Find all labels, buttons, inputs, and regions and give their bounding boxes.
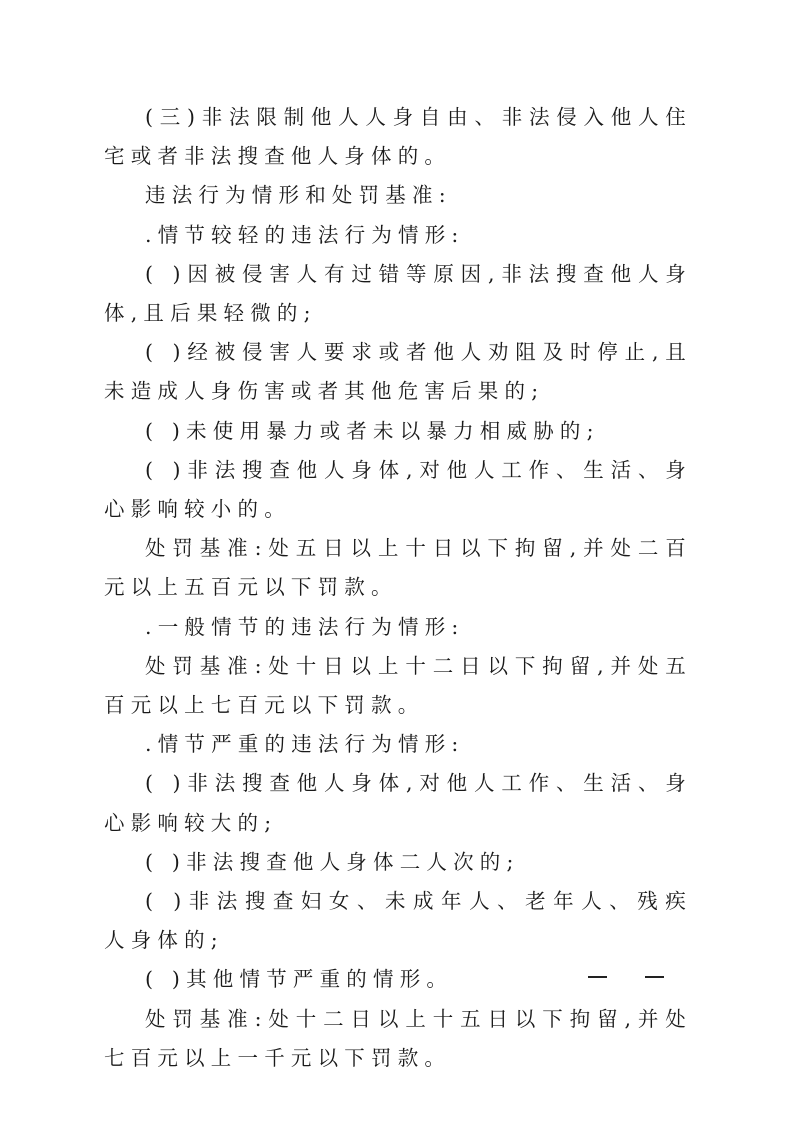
minor-penalty-standard: 处罚基准:处五日以上十日以下拘留,并处二百元以上五百元以下罚款。 xyxy=(104,529,692,607)
serious-circumstance-1: ( )非法搜查他人身体,对他人工作、生活、身心影响较大的; xyxy=(104,764,692,842)
page-footer xyxy=(588,968,668,988)
minor-circumstance-2: ( )经被侵害人要求或者他人劝阻及时停止,且未造成人身伤害或者其他危害后果的; xyxy=(104,333,692,411)
paragraph-item-3-heading: (三)非法限制他人人身自由、非法侵入他人住宅或者非法搜查他人身体的。 xyxy=(104,98,692,176)
serious-circumstance-3: ( )非法搜查妇女、未成年人、老年人、残疾人身体的; xyxy=(104,882,692,960)
document-page: (三)非法限制他人人身自由、非法侵入他人住宅或者非法搜查他人身体的。 违法行为情… xyxy=(104,98,692,1078)
minor-circumstance-4: ( )非法搜查他人身体,对他人工作、生活、身心影响较小的。 xyxy=(104,451,692,529)
serious-penalty-standard: 处罚基准:处十二日以上十五日以下拘留,并处七百元以上一千元以下罚款。 xyxy=(104,1000,692,1078)
subheading-serious-circumstances: .情节严重的违法行为情形: xyxy=(104,725,692,764)
section-heading-circumstances: 违法行为情形和处罚基准: xyxy=(104,176,692,215)
footer-dash-left xyxy=(588,976,607,978)
minor-circumstance-1: ( )因被侵害人有过错等原因,非法搜查他人身体,且后果轻微的; xyxy=(104,255,692,333)
minor-circumstance-3: ( )未使用暴力或者未以暴力相威胁的; xyxy=(104,412,692,451)
footer-dash-right xyxy=(645,976,664,978)
general-penalty-standard: 处罚基准:处十日以上十二日以下拘留,并处五百元以上七百元以下罚款。 xyxy=(104,647,692,725)
subheading-minor-circumstances: .情节较轻的违法行为情形: xyxy=(104,216,692,255)
serious-circumstance-2: ( )非法搜查他人身体二人次的; xyxy=(104,843,692,882)
subheading-general-circumstances: .一般情节的违法行为情形: xyxy=(104,608,692,647)
